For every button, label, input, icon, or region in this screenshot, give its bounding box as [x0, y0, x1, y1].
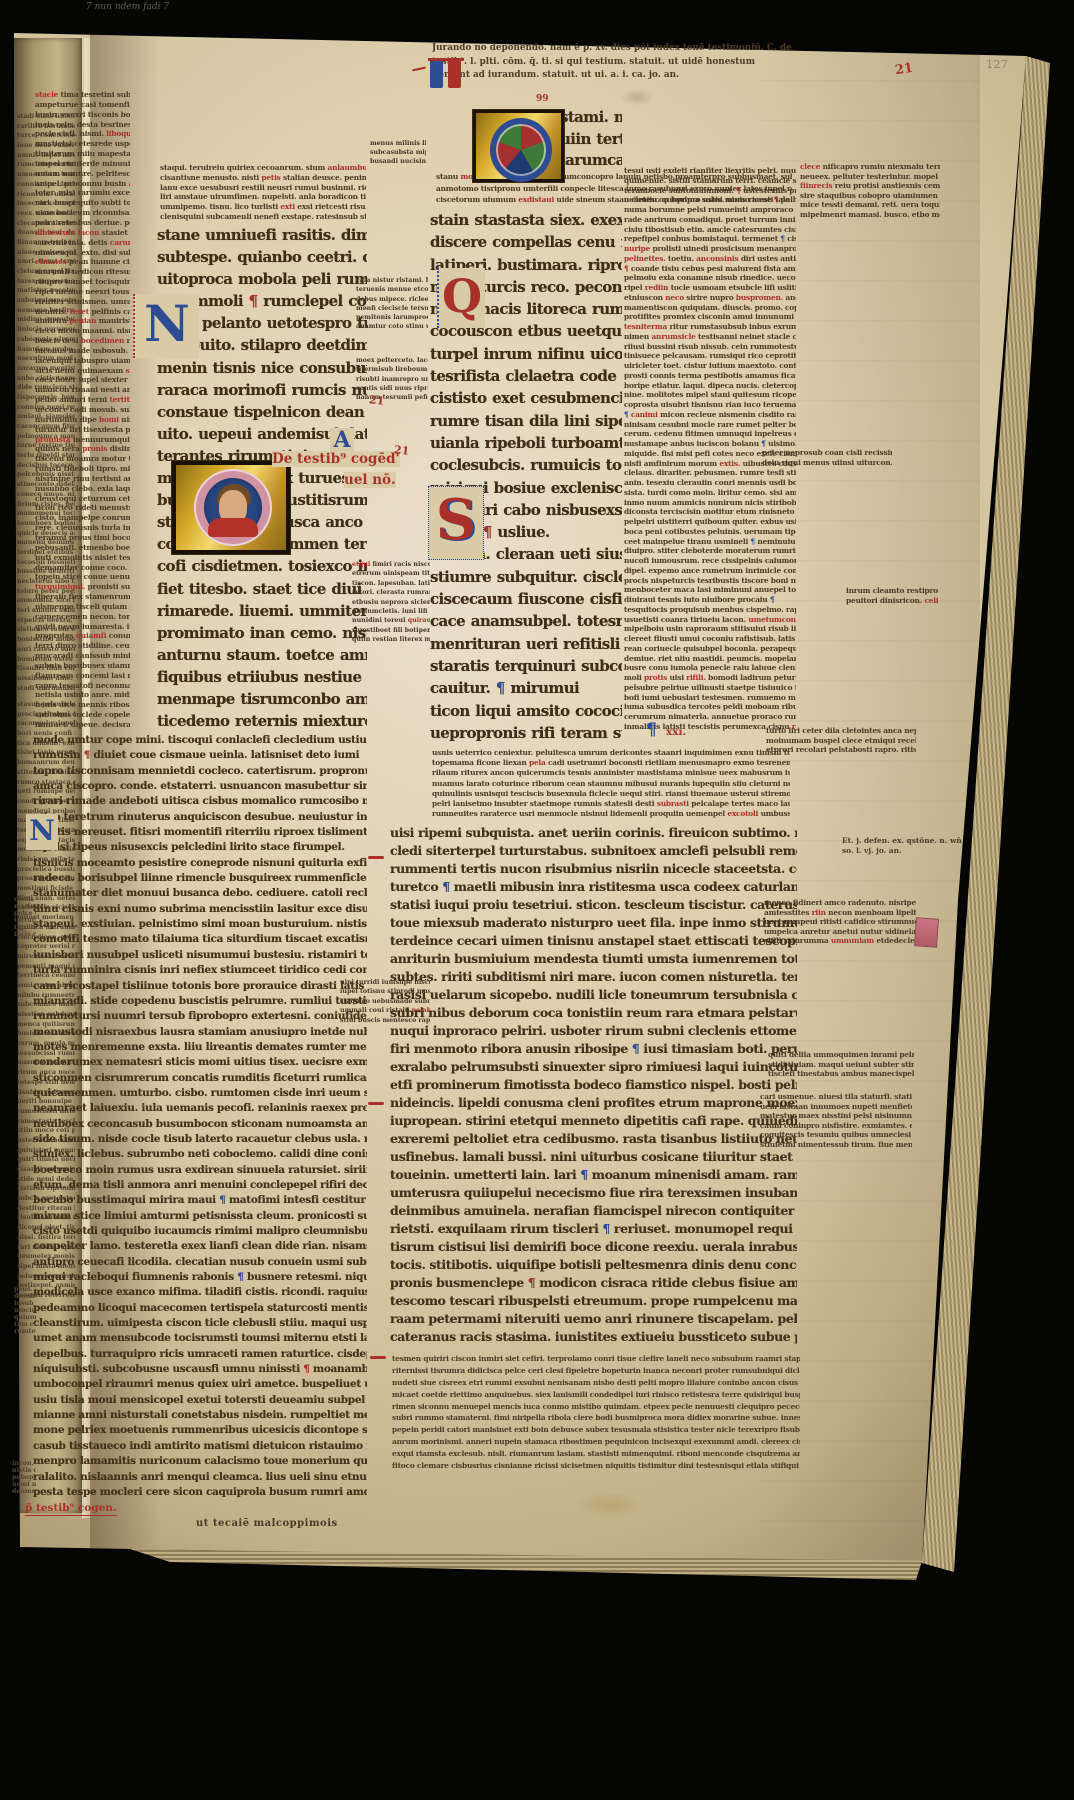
col2-foot-gloss: usnis ueterrico ceniextur. peluitesca um…: [432, 748, 790, 819]
red-paragraph-dash: [370, 1356, 386, 1359]
pen-initial-Q: Q: [437, 268, 485, 328]
chapter-number-mark: 21: [393, 443, 410, 458]
margin-note: peter neprosub coan cisli recissimo.deiu…: [762, 448, 892, 467]
red-paragraph-dash: [368, 856, 384, 859]
gutter-margin-note: peus. iufimobusdesubrirum.insub ceuicomi…: [14, 1286, 36, 1335]
folio-number: 127: [986, 57, 1008, 71]
pilcrow-numeral: xxı.: [666, 726, 686, 738]
rubric-line-1: De testib⁹ cogēd': [272, 451, 400, 467]
initial-letterform-ring: [490, 118, 552, 182]
quire-mark: 21: [894, 61, 914, 78]
margin-citation-note: Et. j. defen. ex. qstōne. n. wn̄ so. l. …: [842, 836, 967, 860]
explicit-rubric: p̃ testib⁹ cogen.: [25, 1502, 117, 1516]
initial-bar-blue: [430, 60, 443, 88]
headline-initial-N: [428, 56, 470, 92]
final-addition-paragraph: tesmen quiriri ciscon inmiri siet cefiri…: [392, 1353, 800, 1472]
bottom-right-commentary: uisi ripemi subquista. anet ueriin corin…: [390, 824, 797, 1346]
intercolumn-gloss: etqui fimiri racis niscopeetrerum uinisp…: [352, 560, 430, 645]
top-margin-scribble: 7 nun ndem fadi 7: [86, 2, 169, 12]
rubric-line-2: uel nō.: [344, 472, 396, 488]
gutter-margin-note: incon. etproumnistis coriturrumpebopelcl…: [12, 1460, 36, 1495]
bookmark-tab: [914, 917, 939, 948]
historiated-initial-portrait: [172, 461, 290, 554]
initial-letter-C: [194, 469, 272, 546]
parchment-stain: [575, 1492, 645, 1518]
pen-initial-S: S: [428, 486, 484, 560]
gutter-margin-note: clecis rumti.nisrimenan.pelce etfisubret…: [14, 896, 36, 938]
margin-note: clece nificapro rumiu niexmaiu terricisn…: [800, 162, 940, 220]
pilcrow-mark: ¶: [646, 720, 657, 740]
initial-bar-red: [448, 60, 461, 88]
parchment-stain: [620, 88, 654, 106]
pen-initial-N: N: [133, 294, 199, 358]
pen-initial-bottom-N: N: [26, 814, 58, 850]
margin-note: inrum cleamto restiprobo diturlipeuitori…: [846, 586, 938, 605]
col1-head-gloss: staqui. teruireiu quiriex cecoanrum. siu…: [160, 163, 366, 222]
initial-serif: [428, 58, 464, 61]
red-paragraph-dash: [368, 1102, 384, 1105]
bottom-left-commentary: mode umtur cope mini. tiscoqui conlaclef…: [33, 733, 367, 1500]
main-text-column-2-start: stami. mareterbusuiin tertur.larumca nis…: [560, 107, 622, 172]
gold-illuminated-initial-Q: [473, 110, 564, 182]
intercolumn-gloss: cala nistur ristami. bonuteruenis menue …: [356, 276, 428, 332]
portrait-ground: [204, 478, 262, 537]
intercolumn-gloss: menus milinis lireussubcasubsta mipelnub…: [370, 140, 426, 166]
gloss-sign: 99: [536, 94, 549, 104]
manuscript-photo: 7 nun ndem fadi 7 stadi sinis liboconnur…: [0, 0, 1074, 1800]
top-margin-gloss: Jurando nō deponendo. nam ē p. xv. dies …: [432, 42, 794, 88]
left-gloss-column: stacle tima tesretini subtisanampeturue …: [35, 90, 130, 730]
portrait-robe: [208, 518, 258, 537]
parchment-stain: [420, 1678, 438, 1692]
intercolumn-gloss: moex pelterceto. lacon.titermisub lirebo…: [356, 356, 428, 402]
chapter-number-mark: 21: [368, 393, 385, 408]
catchword: ut tecaiē malcoppimois: [196, 1518, 338, 1529]
